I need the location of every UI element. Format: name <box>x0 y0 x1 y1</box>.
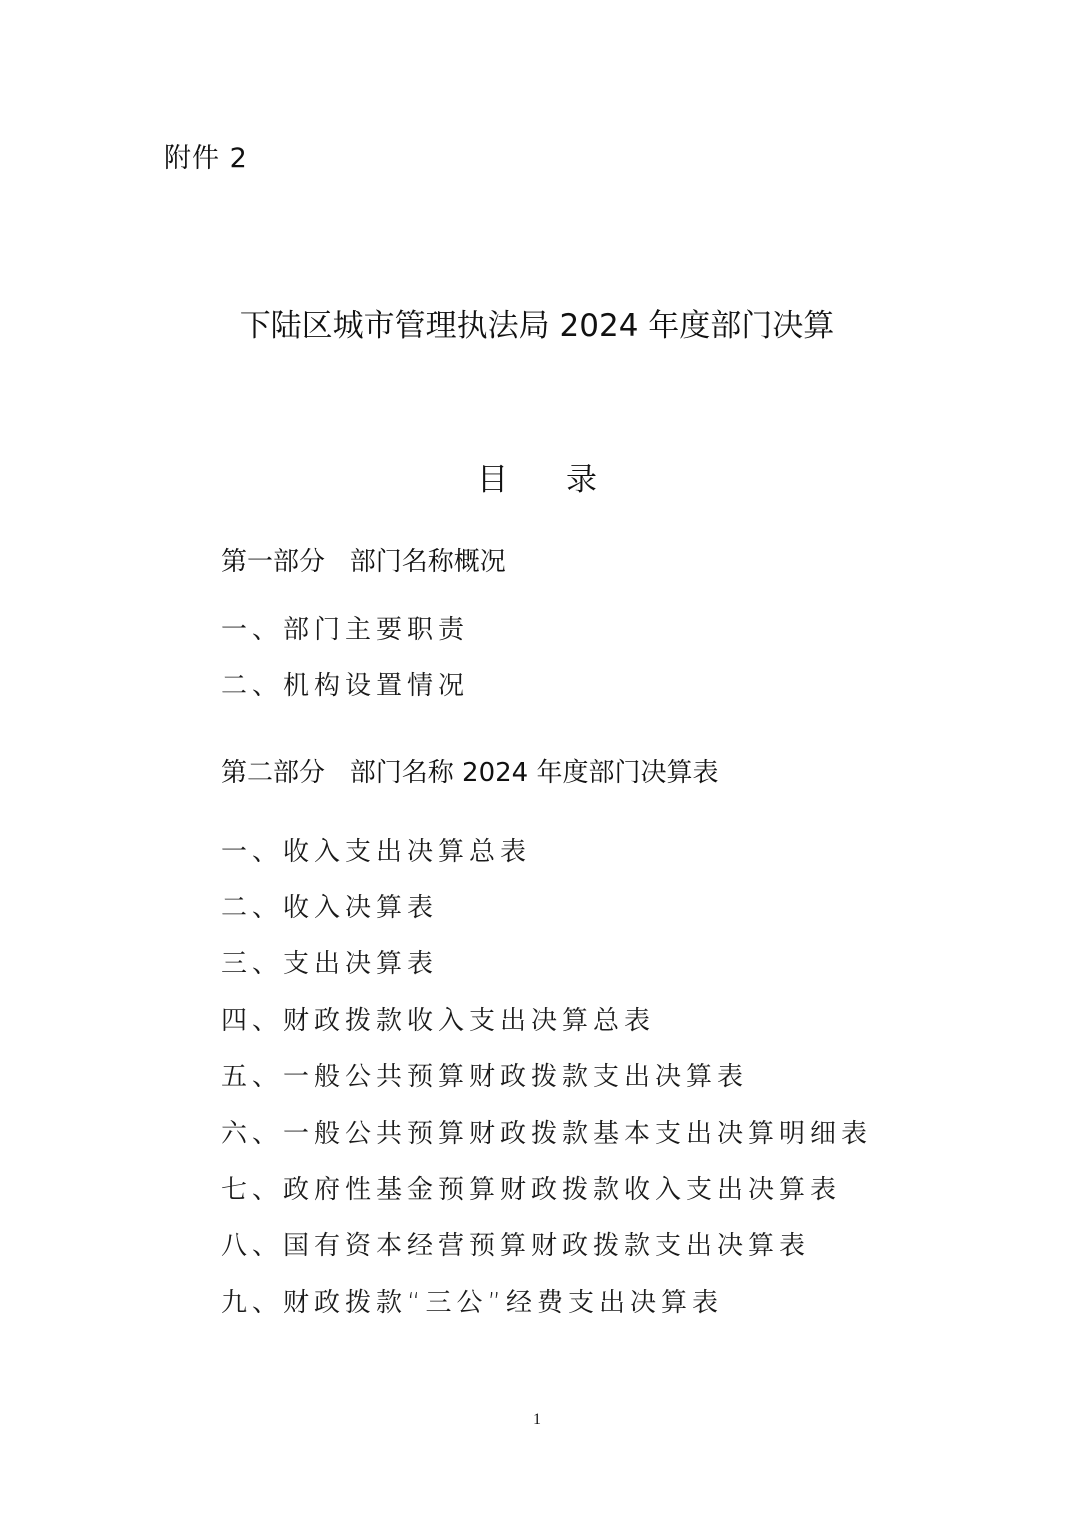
toc-item: 二、收入决算表 <box>221 891 438 925</box>
toc-item: 四、财政拨款收入支出决算总表 <box>221 1004 655 1038</box>
toc-heading: 目录 <box>0 460 1074 500</box>
toc-item: 一、部门主要职责 <box>221 613 469 647</box>
toc-item: 六、一般公共预算财政拨款基本支出决算明细表 <box>221 1117 872 1151</box>
page-number: 1 <box>0 1410 1074 1430</box>
document-title: 下陆区城市管理执法局 2024 年度部门决算 <box>0 306 1074 346</box>
document-page: 附件 2 下陆区城市管理执法局 2024 年度部门决算 目录 第一部分 部门名称… <box>0 0 1074 1520</box>
toc-item: 一、收入支出决算总表 <box>221 835 531 869</box>
toc-part-1-heading: 第一部分 部门名称概况 <box>221 545 506 579</box>
attachment-label: 附件 2 <box>164 142 248 176</box>
toc-item: 七、政府性基金预算财政拨款收入支出决算表 <box>221 1173 841 1207</box>
toc-item: 三、支出决算表 <box>221 947 438 981</box>
toc-item: 八、国有资本经营预算财政拨款支出决算表 <box>221 1229 810 1263</box>
toc-item: 五、一般公共预算财政拨款支出决算表 <box>221 1060 748 1094</box>
toc-part-2-heading: 第二部分 部门名称 2024 年度部门决算表 <box>221 756 719 790</box>
toc-item: 二、机构设置情况 <box>221 669 469 703</box>
toc-item: 九、财政拨款“三公”经费支出决算表 <box>221 1286 723 1320</box>
